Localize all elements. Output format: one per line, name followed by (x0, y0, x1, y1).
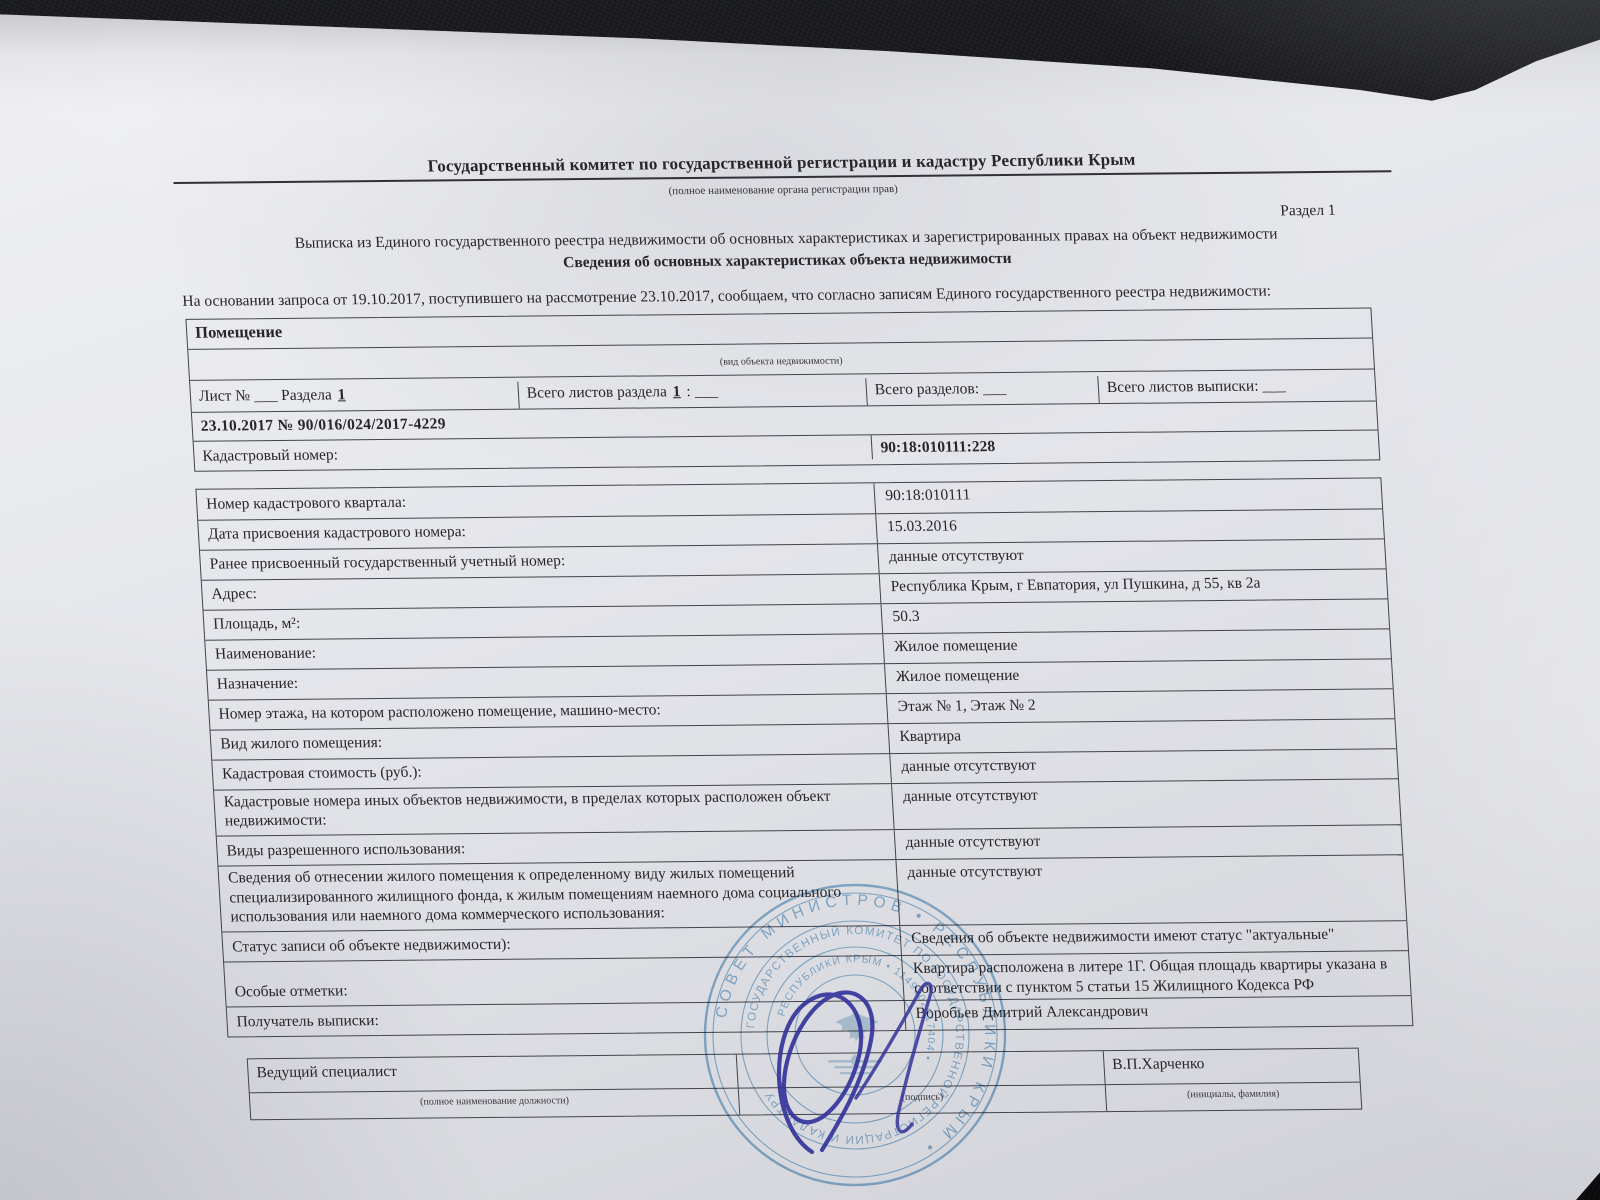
row-value: Квартира (888, 719, 1396, 753)
sheets-total-cell: Всего листов раздела 1 : ___ (517, 378, 867, 408)
row-value: данные отсутствуют (889, 749, 1397, 783)
row-value: Квартира расположена в литере 1Г. Общая … (901, 952, 1410, 1001)
row-value: 90:18:010111 (874, 478, 1382, 513)
row-value: Этаж № 1, Этаж № 2 (886, 689, 1394, 723)
signature-caption: (подпись) (738, 1085, 1106, 1115)
sheet-number-cell: Лист № ___ Раздела 1 (190, 382, 518, 411)
cadastral-number-label: Кадастровый номер: (194, 438, 873, 470)
row-value: Воробьев Дмитрий Александрович (904, 996, 1412, 1030)
signer-name: В.П.Харченко (1102, 1049, 1359, 1084)
row-value: 50.3 (881, 599, 1389, 633)
position-label: Ведущий специалист (248, 1055, 738, 1093)
row-value: Жилое помещение (884, 659, 1392, 693)
object-header-table: Помещение (вид объекта недвижимости) Лис… (185, 307, 1380, 471)
row-value: данные отсутствуют (877, 539, 1385, 573)
row-label: Кадастровые номера иных объектов недвижи… (214, 784, 894, 836)
row-value: Республика Крым, г Евпатория, ул Пушкина… (879, 569, 1387, 603)
row-value: Сведения об объекте недвижимости имеют с… (900, 922, 1408, 956)
paper-sheet: Государственный комитет по государственн… (0, 0, 1600, 1200)
table-row: Сведения об отнесении жилого помещения к… (218, 854, 1406, 931)
sheets-total-text: Всего листов раздела (526, 383, 667, 401)
name-caption: (инициалы, фамилия) (1104, 1083, 1361, 1111)
sheet-number-value: 1 (335, 386, 348, 403)
intro-paragraph: На основании запроса от 19.10.2017, пост… (182, 280, 1399, 311)
details-table: Номер кадастрового квартала:90:18:010111… (195, 477, 1413, 1038)
row-value: данные отсутствуют (891, 779, 1400, 830)
row-value: данные отсутствуют (896, 855, 1407, 925)
row-value: Жилое помещение (882, 629, 1390, 663)
sheet-number-text: Лист № ___ Раздела (198, 387, 332, 405)
extract-sheets-total-cell: Всего листов выписки: ___ (1097, 374, 1376, 403)
sheets-total-tail: : ___ (686, 383, 718, 400)
sections-total-cell: Всего разделов: ___ (865, 376, 1099, 405)
row-label: Получатель выписки: (227, 1004, 906, 1037)
signature-cell (736, 1051, 1104, 1087)
row-value: 15.03.2016 (875, 509, 1383, 543)
sheets-total-value: 1 (670, 383, 683, 400)
signature-table: Ведущий специалист В.П.Харченко (полное … (247, 1048, 1363, 1121)
row-label: Сведения об отнесении жилого помещения к… (218, 860, 899, 932)
document-content: Государственный комитет по государственн… (172, 146, 1446, 1120)
position-caption: (полное наименование должности) (250, 1089, 740, 1120)
row-value: данные отсутствуют (894, 825, 1402, 859)
cadastral-number-value: 90:18:010111:228 (871, 430, 1379, 459)
